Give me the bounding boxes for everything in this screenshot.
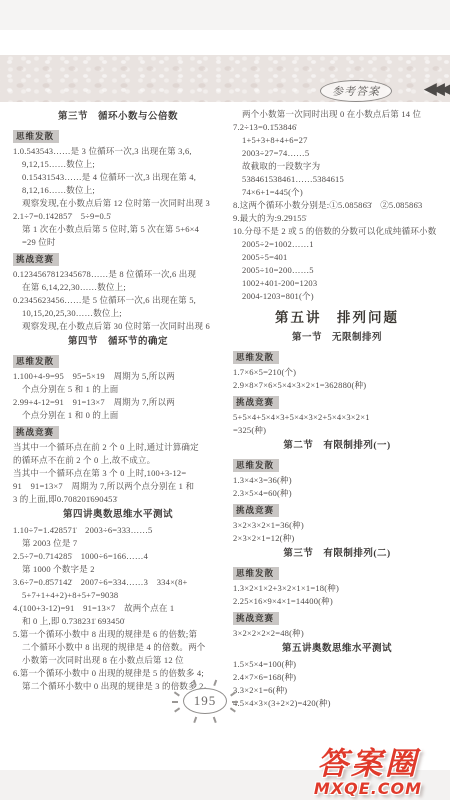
category-badge: 思维发散 (233, 567, 279, 580)
answer-line: 3 的上面,即0.708201̇690453̇ (13, 493, 223, 506)
answer-line: 3.6÷7=0.8̇57142̇ 2007÷6=334……3 334×(8+ (13, 576, 223, 589)
answer-line: 10,15,20,25,30……数位上; (13, 307, 223, 320)
reference-answers-label: 参考答案 (332, 86, 380, 98)
answer-line: 1.0.543543……是 3 位循环一次,3 出现在第 3,6, (13, 145, 223, 158)
answer-site-watermark: 答案圈 MXQE.COM (288, 748, 448, 798)
right-column: 两个小数第一次同时出现 0 在小数点后第 14 位7.2÷13=0.1̇5384… (233, 108, 441, 710)
answer-line: 2005÷10=200……5 (233, 264, 441, 277)
answer-line: 91 91=13×7 周期为 7,所以两个点分别在 1 和 (13, 480, 223, 493)
answer-line: 当其中一个循环点在前 2 个 0 上时,通过计算确定 (13, 441, 223, 454)
answer-line: =29 位时 (13, 236, 223, 249)
answer-line: 7.2÷13=0.1̇53846̇ (233, 121, 441, 134)
answer-line: 二个循环小数中 8 出现的规律是 4 的倍数。两个 (13, 641, 223, 654)
photo-top-margin (0, 0, 450, 30)
answer-line: 2004-1203=801(个) (233, 290, 441, 303)
answer-line: 0.1234567812345678……是 8 位循环一次,6 出现 (13, 268, 223, 281)
answer-line: 和 0 上,即 0.738231̇ 693450̇ (13, 615, 223, 628)
answer-line: 2×3×2×1=12(种) (233, 532, 441, 545)
answer-line: 1.100+4-9=95 95=5×19 周期为 5,所以两 (13, 370, 223, 383)
answer-line: 8.这两个循环小数分别是:①5.08586̇3̇ ②5.0̇8586̇3 (233, 199, 441, 212)
answer-line: 2.9×8×7×6×5×4×3×2×1=362880(种) (233, 379, 441, 392)
answer-line: 5+7+1+4+2)+8+5+7=9038 (13, 589, 223, 602)
answer-line: 第 2003 位是 7 (13, 537, 223, 550)
answer-line: 第 1000 个数字是 2 (13, 563, 223, 576)
answer-line: 8,12,16……数位上; (13, 184, 223, 197)
answer-line: 6.第一个循环小数中 0 出现的规律是 5 的倍数多 4; (13, 667, 223, 680)
reference-answers-stamp: 参考答案 (320, 80, 392, 102)
watermark-logo-text: 答案圈 (288, 748, 448, 780)
answer-line: 1.3×2×1×2+3×2×1×1=18(种) (233, 582, 441, 595)
answer-line: 538461538461……5384615 (233, 173, 441, 186)
answer-line: 在第 6,14,22,30……数位上; (13, 281, 223, 294)
category-badge: 思维发散 (233, 351, 279, 364)
category-badge: 挑战竞赛 (233, 396, 279, 409)
category-badge: 思维发散 (13, 130, 59, 143)
left-column: 第三节 循环小数与公倍数思维发散1.0.543543……是 3 位循环一次,3 … (13, 108, 223, 693)
answer-line: 1002+401-200=1203 (233, 277, 441, 290)
answer-line: 1.3×4×3=36(种) (233, 474, 441, 487)
answer-line: 2005÷2=1002……1 (233, 238, 441, 251)
answer-line: 2003÷27=74……5 (233, 147, 441, 160)
answer-line: 4.(100+3-12)=91 91=13×7 故两个点在 1 (13, 602, 223, 615)
answer-line: 2.1÷7=0.1̇42857̇ 5÷9=0.5̇ (13, 210, 223, 223)
category-badge: 挑战竞赛 (233, 504, 279, 517)
answer-line: 1.5×5×4=100(种) (233, 658, 441, 671)
category-badge: 思维发散 (13, 355, 59, 368)
answer-line: 5.第一个循环小数中 8 出现的规律是 6 的倍数;第 (13, 628, 223, 641)
answer-line: 的循环点不在前 2 个 0 上,故不成立。 (13, 454, 223, 467)
section-heading: 第一节 无限制排列 (233, 331, 441, 345)
watermark-domain-text: MXQE.COM (288, 780, 448, 798)
category-badge: 挑战竞赛 (13, 253, 59, 266)
answer-line: 4.5×4×3×(3+2×2)=420(种) (233, 697, 441, 710)
answer-line: 2.3×5×4=60(种) (233, 487, 441, 500)
answer-line: 10.分母不是 2 或 5 的倍数的分数可以化成纯循环小数 (233, 225, 441, 238)
answer-line: 2.99+4-12=91 91=13×7 周期为 7,所以两 (13, 396, 223, 409)
answer-line: 2005÷5=401 (233, 251, 441, 264)
section-heading: 第三节 循环小数与公倍数 (13, 110, 223, 124)
section-heading: 第五讲奥数思维水平测试 (233, 642, 441, 656)
section-heading: 第四讲奥数思维水平测试 (13, 508, 223, 522)
chapter-heading: 第五讲 排列问题 (233, 307, 441, 329)
section-heading: 第二节 有限制排列(一) (233, 439, 441, 453)
category-badge: 挑战竞赛 (13, 426, 59, 439)
answer-line: 3×2×3×2×1=36(种) (233, 519, 441, 532)
answer-line: 3×2×2×2×2=48(种) (233, 627, 441, 640)
answer-line: 小数第一次同时出现 8 在小数点后第 12 位 (13, 654, 223, 667)
section-heading: 第三节 有限制排列(二) (233, 547, 441, 561)
page-number-ornament: 195 (183, 688, 227, 714)
answer-line: 2.25×16×9×4×1=14400(种) (233, 595, 441, 608)
answer-line: 1+5+3+8+4+6=27 (233, 134, 441, 147)
answer-line: 74×6+1=445(个) (233, 186, 441, 199)
category-badge: 挑战竞赛 (233, 612, 279, 625)
answer-line: 2.4×7×6=168(种) (233, 671, 441, 684)
category-badge: 思维发散 (233, 459, 279, 472)
answer-line: 1.7×6×5=210(个) (233, 366, 441, 379)
answer-line: 1.10÷7=1.4̇28571̇ 2003÷6=333……5 (13, 524, 223, 537)
answer-line: 观察发现,在小数点后第 12 位时第一次同时出现 3 (13, 197, 223, 210)
answer-line: 两个小数第一次同时出现 0 在小数点后第 14 位 (233, 108, 441, 121)
answer-line: 第 1 次在小数点后第 5 位时,第 5 次在第 5+6×4 (13, 223, 223, 236)
answer-line: 3.3×2×1=6(种) (233, 684, 441, 697)
answer-line: 9.最大的为:9.2̇9155̇ (233, 212, 441, 225)
answer-line: =325(种) (233, 424, 441, 437)
answer-line: 0.15431543……是 4 位循环一次,3 出现在第 4, (13, 171, 223, 184)
answer-line: 0.2345623456……是 5 位循环一次,6 出现在第 5, (13, 294, 223, 307)
answer-line: 故截取的一段数字为 (233, 160, 441, 173)
section-heading: 第四节 循环节的确定 (13, 335, 223, 349)
answer-line: 当其中一个循环点在第 3 个 0 上时,100+3-12= (13, 467, 223, 480)
answer-line: 个点分别在 1 和 0 的上面 (13, 409, 223, 422)
answer-line: 9,12,15……数位上; (13, 158, 223, 171)
answer-line: 2.5÷7=0.7̇14285̇ 1000÷6=166……4 (13, 550, 223, 563)
answer-line: 观察发现,在小数点后第 30 位时第一次同时出现 6 (13, 320, 223, 333)
answer-line: 5+5×4+5×4×3+5×4×3×2+5×4×3×2×1 (233, 411, 441, 424)
answer-line: 个点分别在 5 和 1 的上面 (13, 383, 223, 396)
triple-left-arrows-icon: ◀◀◀ (424, 79, 448, 99)
page-number: 195 (194, 693, 217, 708)
